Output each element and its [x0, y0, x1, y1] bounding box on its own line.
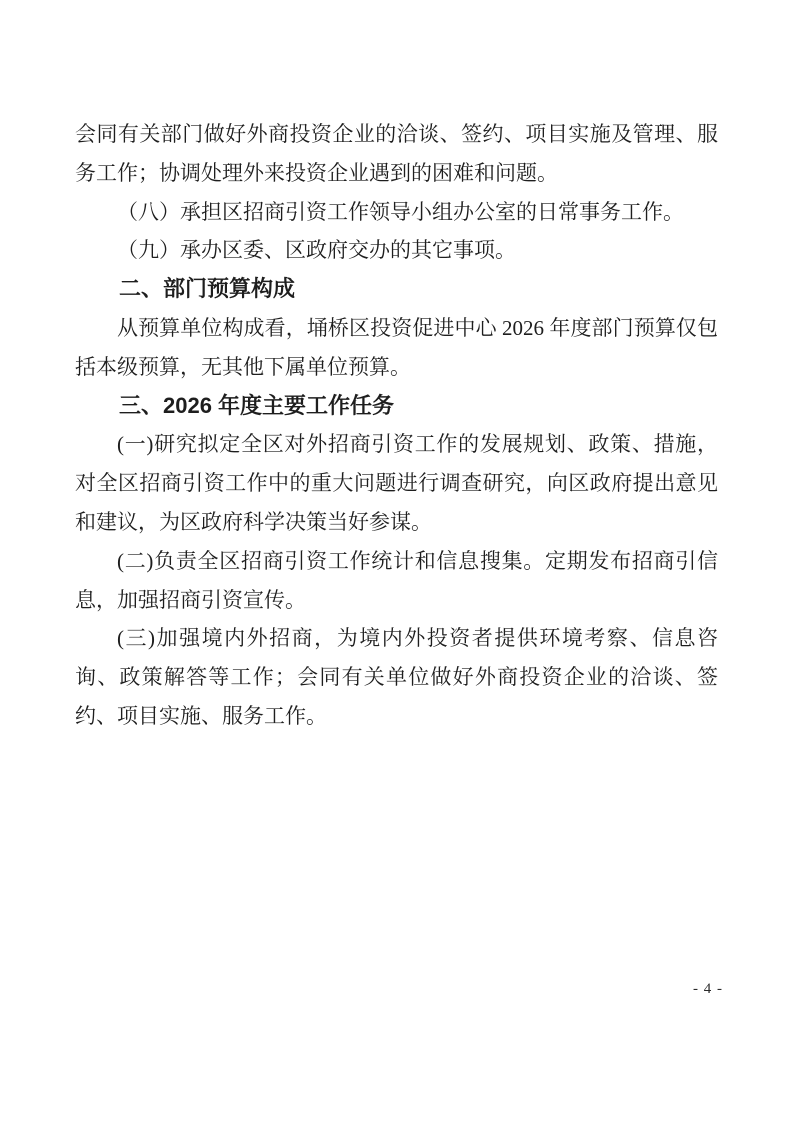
section-heading-main-tasks: 三、2026 年度主要工作任务: [75, 387, 718, 426]
page-number: - 4 -: [693, 981, 723, 998]
document-page: 会同有关部门做好外商投资企业的洽谈、签约、项目实施及管理、服务工作；协调处理外来…: [0, 0, 793, 1122]
duty-item-9: （九）承办区委、区政府交办的其它事项。: [75, 231, 718, 270]
budget-composition-paragraph: 从预算单位构成看，埇桥区投资促进中心 2026 年度部门预算仅包括本级预算，无其…: [75, 309, 718, 387]
duty-item-8: （八）承担区招商引资工作领导小组办公室的日常事务工作。: [75, 193, 718, 232]
paragraph-continuation: 会同有关部门做好外商投资企业的洽谈、签约、项目实施及管理、服务工作；协调处理外来…: [75, 115, 718, 193]
section-heading-budget-composition: 二、部门预算构成: [75, 270, 718, 309]
task-item-2: (二)负责全区招商引资工作统计和信息搜集。定期发布招商引信息，加强招商引资宣传。: [75, 542, 718, 620]
task-item-1: (一)研究拟定全区对外招商引资工作的发展规划、政策、措施，对全区招商引资工作中的…: [75, 425, 718, 541]
document-body: 会同有关部门做好外商投资企业的洽谈、签约、项目实施及管理、服务工作；协调处理外来…: [75, 115, 718, 736]
task-item-3: (三)加强境内外招商，为境内外投资者提供环境考察、信息咨询、政策解答等工作；会同…: [75, 619, 718, 735]
